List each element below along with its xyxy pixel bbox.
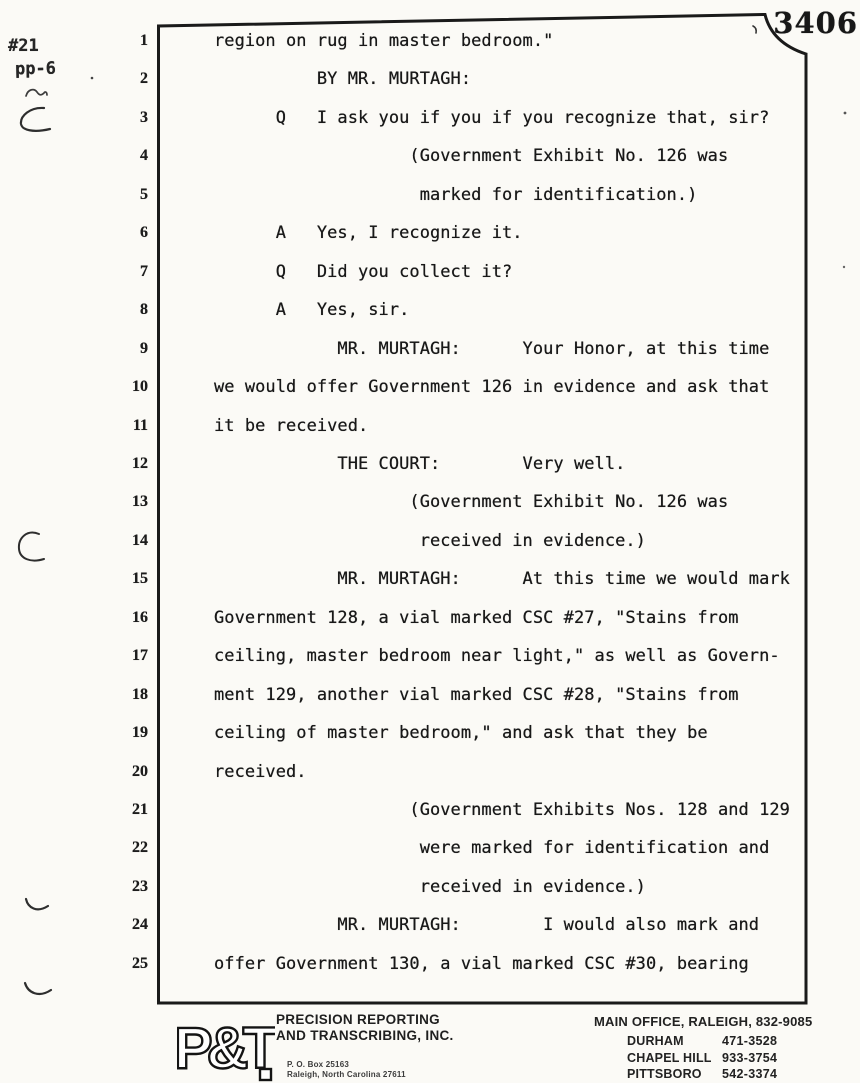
branch-office-row: PITTSBORO 542-3374	[627, 1067, 824, 1083]
line-text: (Government Exhibits Nos. 128 and 129	[214, 800, 790, 820]
branch-office-row: CHAPEL HILL 933-3754	[627, 1051, 824, 1068]
line-number: 8	[98, 301, 148, 319]
line-number: 7	[98, 263, 148, 281]
footer: P&T PRECISION REPORTING AND TRANSCRIBING…	[0, 1003, 860, 1083]
branch-phone: 542-3374	[722, 1067, 777, 1083]
line-text: marked for identification.)	[214, 185, 697, 205]
transcript-line: 13 (Government Exhibit No. 126 was	[0, 492, 860, 530]
company-address: P. O. Box 25163 Raleigh, North Carolina …	[287, 1060, 454, 1080]
transcript-line: 8 A Yes, sir.	[0, 300, 860, 338]
line-text: we would offer Government 126 in evidenc…	[214, 377, 769, 397]
line-text: received in evidence.)	[214, 531, 646, 551]
line-number: 4	[98, 147, 148, 165]
transcript-line: 16 Government 128, a vial marked CSC #27…	[0, 608, 860, 646]
transcript-line: 24 MR. MURTAGH: I would also mark and	[0, 915, 860, 953]
transcript-line: 15 MR. MURTAGH: At this time we would ma…	[0, 569, 860, 607]
line-text: ceiling, master bedroom near light," as …	[214, 646, 780, 666]
transcript-page: 3406 #21 pp-6 1 region on rug in master …	[0, 0, 860, 1083]
line-number: 19	[98, 724, 148, 742]
transcript-line: 9 MR. MURTAGH: Your Honor, at this time	[0, 339, 860, 377]
line-number: 18	[98, 686, 148, 704]
line-number: 20	[98, 763, 148, 781]
transcript-rows: 1 region on rug in master bedroom." 2 BY…	[0, 0, 860, 1003]
main-office-phone: MAIN OFFICE, RALEIGH, 832-9085	[594, 1014, 824, 1029]
line-number: 15	[98, 570, 148, 588]
line-text: BY MR. MURTAGH:	[214, 69, 471, 89]
line-number: 9	[98, 340, 148, 358]
line-text: region on rug in master bedroom."	[214, 31, 553, 51]
line-text: A Yes, sir.	[214, 300, 409, 320]
line-text: it be received.	[214, 416, 368, 436]
line-number: 12	[98, 455, 148, 473]
logo-period-square	[260, 1069, 271, 1080]
line-number: 17	[98, 647, 148, 665]
company-block: PRECISION REPORTING AND TRANSCRIBING, IN…	[276, 1012, 454, 1080]
transcript-line: 14 received in evidence.)	[0, 531, 860, 569]
line-text: (Government Exhibit No. 126 was	[214, 492, 728, 512]
transcript-line: 25 offer Government 130, a vial marked C…	[0, 954, 860, 992]
transcript-line: 2 BY MR. MURTAGH:	[0, 69, 860, 107]
transcript-line: 12 THE COURT: Very well.	[0, 454, 860, 492]
transcript-line: 11 it be received.	[0, 416, 860, 454]
company-address-line1: P. O. Box 25163	[287, 1060, 454, 1070]
transcript-line: 3 Q I ask you if you if you recognize th…	[0, 108, 860, 146]
line-number: 6	[98, 224, 148, 242]
line-number: 24	[98, 916, 148, 934]
branch-city: CHAPEL HILL	[627, 1051, 722, 1068]
transcript-line: 17 ceiling, master bedroom near light," …	[0, 646, 860, 684]
line-number: 2	[98, 70, 148, 88]
line-text: Government 128, a vial marked CSC #27, "…	[214, 608, 739, 628]
transcript-line: 4 (Government Exhibit No. 126 was	[0, 146, 860, 184]
line-number: 10	[98, 378, 148, 396]
line-number: 11	[98, 417, 148, 435]
transcript-line: 20 received.	[0, 762, 860, 800]
company-name-line2: AND TRANSCRIBING, INC.	[276, 1028, 454, 1044]
branch-office-row: DURHAM 471-3528	[627, 1034, 824, 1051]
branch-offices: DURHAM 471-3528 CHAPEL HILL 933-3754 PIT…	[594, 1034, 824, 1083]
precision-reporting-logo-icon: P&T	[177, 1011, 275, 1083]
contact-block: MAIN OFFICE, RALEIGH, 832-9085 DURHAM 47…	[594, 1014, 824, 1083]
line-text: A Yes, I recognize it.	[214, 223, 523, 243]
transcript-line: 21 (Government Exhibits Nos. 128 and 129	[0, 800, 860, 838]
line-text: (Government Exhibit No. 126 was	[214, 146, 728, 166]
line-text: received in evidence.)	[214, 877, 646, 897]
line-number: 23	[98, 878, 148, 896]
line-number: 21	[98, 801, 148, 819]
line-text: offer Government 130, a vial marked CSC …	[214, 954, 749, 974]
company-name-line1: PRECISION REPORTING	[276, 1012, 454, 1028]
transcript-line: 6 A Yes, I recognize it.	[0, 223, 860, 261]
transcript-line: 1 region on rug in master bedroom."	[0, 31, 860, 69]
line-text: MR. MURTAGH: At this time we would mark	[214, 569, 790, 589]
line-text: ment 129, another vial marked CSC #28, "…	[214, 685, 739, 705]
transcript-line: 23 received in evidence.)	[0, 877, 860, 915]
transcript-line: 5 marked for identification.)	[0, 185, 860, 223]
line-number: 5	[98, 186, 148, 204]
line-number: 14	[98, 532, 148, 550]
branch-phone: 471-3528	[722, 1034, 777, 1051]
transcript-line: 19 ceiling of master bedroom," and ask t…	[0, 723, 860, 761]
line-text: Q Did you collect it?	[214, 262, 512, 282]
branch-city: DURHAM	[627, 1034, 722, 1051]
line-text: THE COURT: Very well.	[214, 454, 625, 474]
transcript-line: 7 Q Did you collect it?	[0, 262, 860, 300]
line-number: 13	[98, 493, 148, 511]
transcript-line: 22 were marked for identification and	[0, 838, 860, 876]
line-text: Q I ask you if you if you recognize that…	[214, 108, 769, 128]
line-number: 3	[98, 109, 148, 127]
line-number: 16	[98, 609, 148, 627]
branch-city: PITTSBORO	[627, 1067, 722, 1083]
line-number: 22	[98, 839, 148, 857]
line-text: ceiling of master bedroom," and ask that…	[214, 723, 708, 743]
line-number: 25	[98, 955, 148, 973]
company-address-line2: Raleigh, North Carolina 27611	[287, 1070, 454, 1080]
line-text: MR. MURTAGH: Your Honor, at this time	[214, 339, 769, 359]
transcript-line: 18 ment 129, another vial marked CSC #28…	[0, 685, 860, 723]
line-text: received.	[214, 762, 307, 782]
branch-phone: 933-3754	[722, 1051, 777, 1068]
line-number: 1	[98, 32, 148, 50]
line-text: were marked for identification and	[214, 838, 769, 858]
line-text: MR. MURTAGH: I would also mark and	[214, 915, 759, 935]
transcript-line: 10 we would offer Government 126 in evid…	[0, 377, 860, 415]
